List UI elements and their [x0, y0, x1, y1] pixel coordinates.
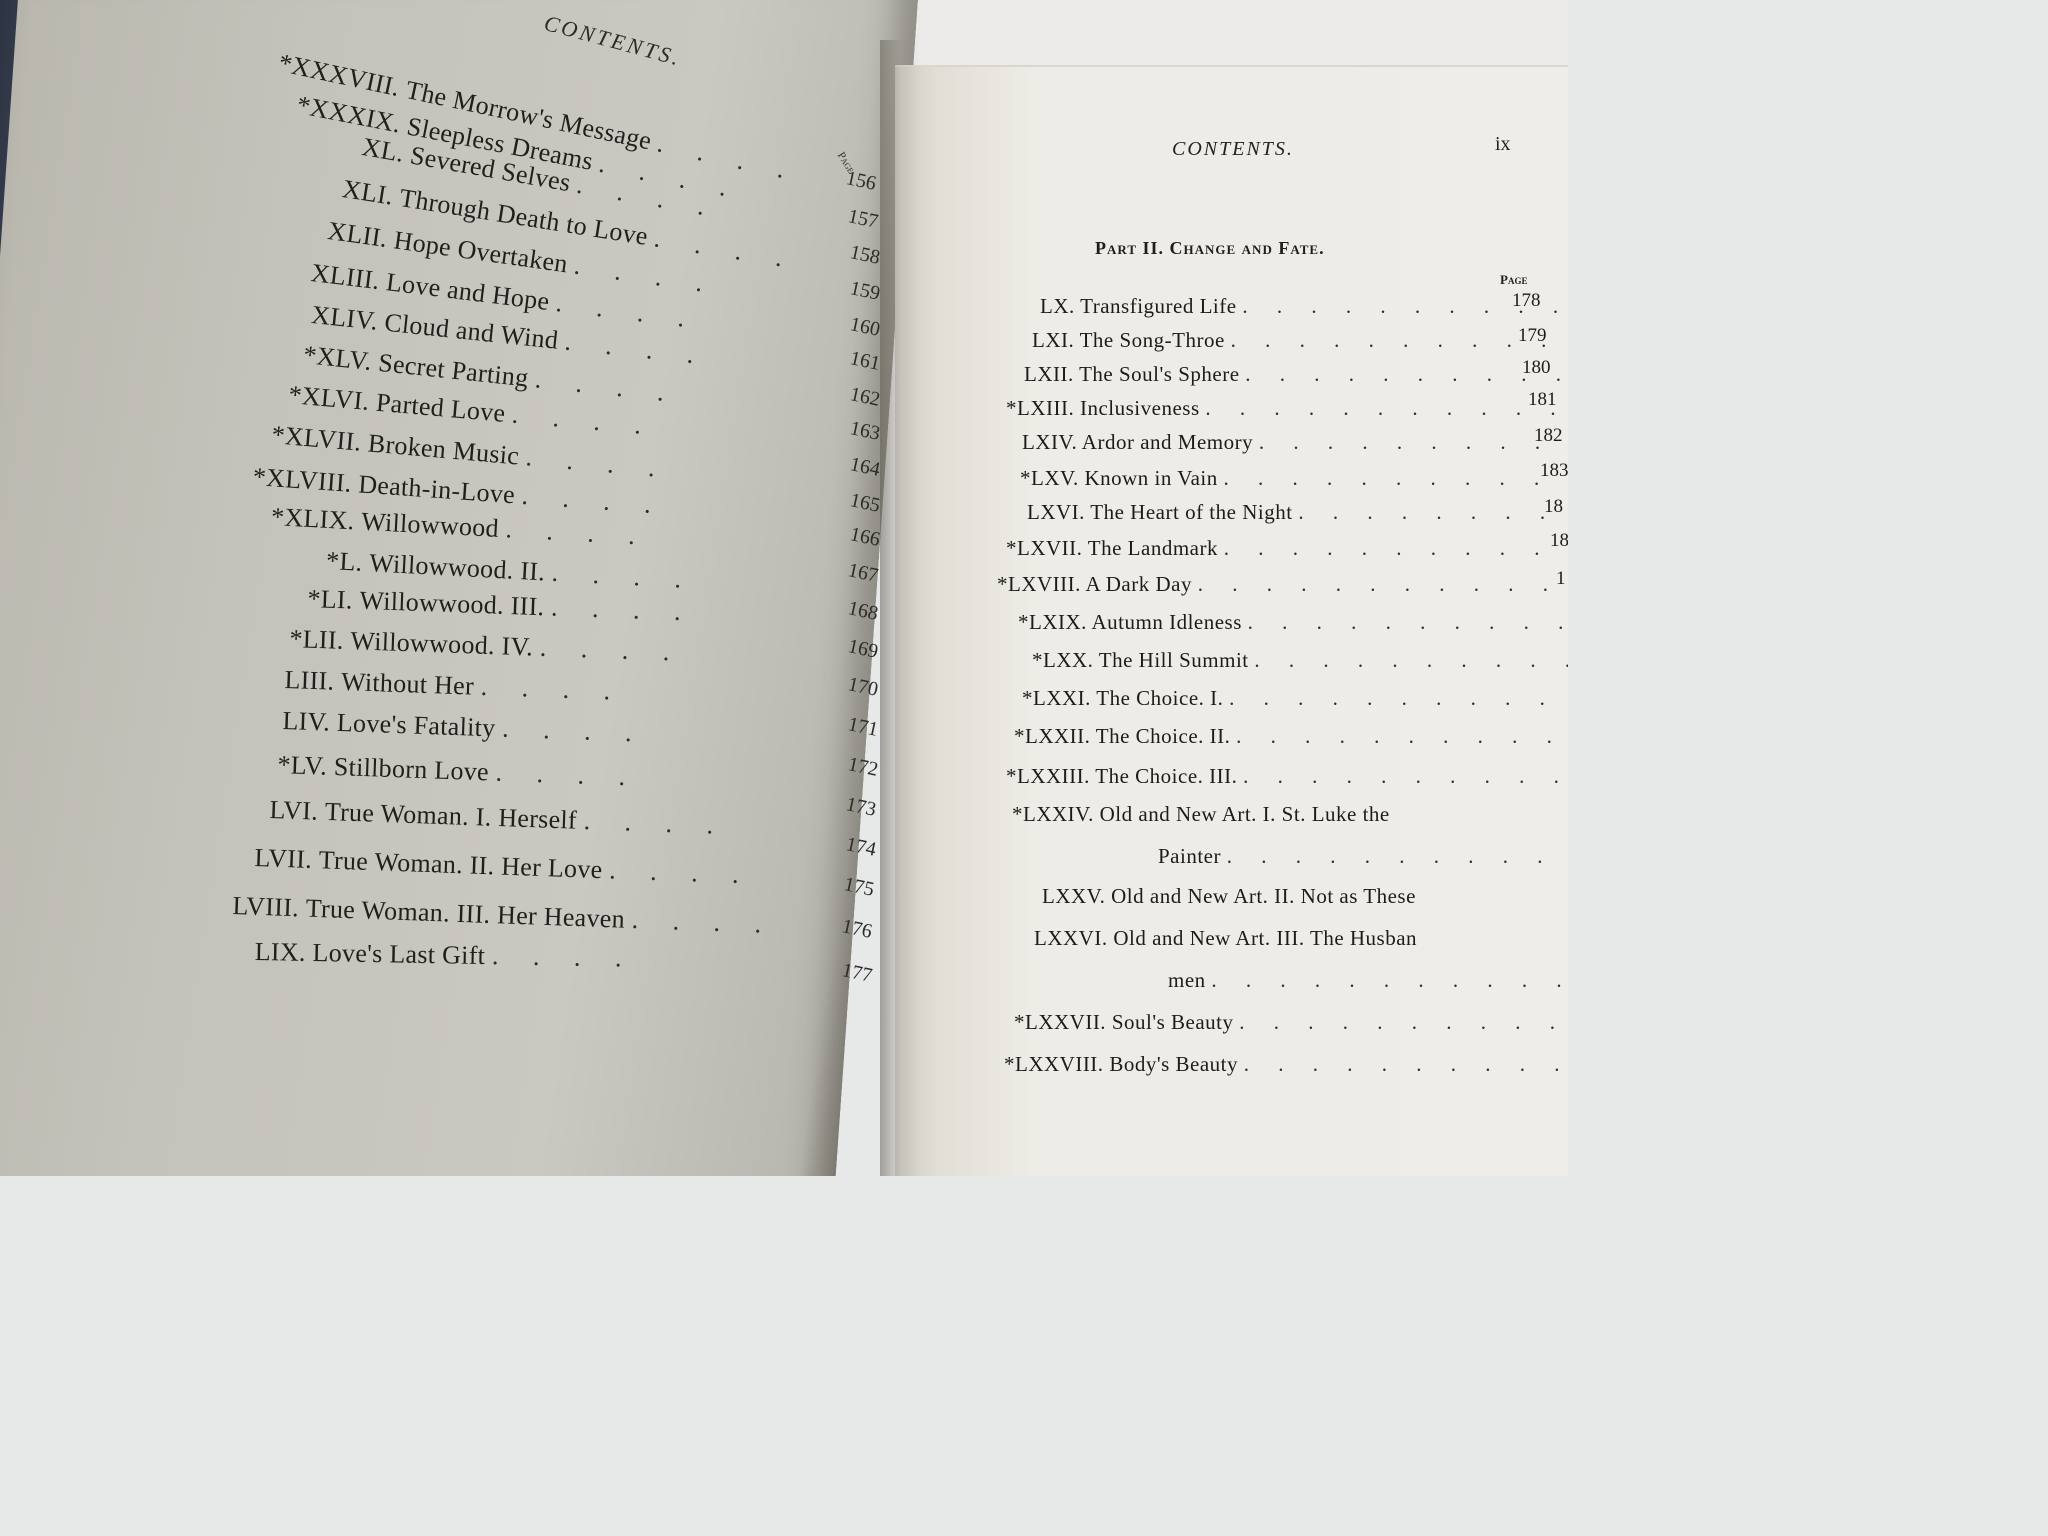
- entry-number: XLIII.: [309, 258, 388, 296]
- toc-entry: *LXXIII. The Choice. III. . . . . . . . …: [1006, 764, 1568, 789]
- toc-entry: *LXIII. Inclusiveness . . . . . . . . . …: [1006, 396, 1568, 421]
- entry-title: Old and New Art. III. The Husban: [1113, 926, 1417, 950]
- entry-title: The Landmark: [1088, 536, 1224, 560]
- entry-number: XLIV.: [310, 300, 386, 337]
- leader-dots: . . . .: [551, 593, 695, 627]
- entry-number: LXII.: [1024, 362, 1079, 386]
- toc-entry: LVIII. True Woman. III. Her Heaven . . .…: [232, 891, 776, 940]
- entry-number: *LXXVIII.: [1004, 1052, 1109, 1076]
- entry-title: Body's Beauty: [1109, 1052, 1243, 1076]
- entry-page-number: 18: [1544, 496, 1563, 518]
- entry-page-number: 181: [1528, 389, 1557, 411]
- right-page-number: ix: [1495, 133, 1511, 156]
- leader-dots: . . . . . . . . . . .: [1244, 1052, 1568, 1076]
- leader-dots: . . . . . . . . . . .: [1229, 686, 1568, 710]
- leader-dots: . . . . . . . . . . .: [1245, 362, 1568, 386]
- entry-title: Willowwood. II.: [369, 548, 553, 587]
- entry-number: LXI.: [1032, 328, 1080, 352]
- entry-title: The Heart of the Night: [1090, 500, 1298, 524]
- entry-number: LXIV.: [1022, 430, 1082, 454]
- entry-number: LVII.: [254, 843, 319, 874]
- entry-number: *XXXVIII.: [276, 48, 409, 103]
- left-running-head: CONTENTS.: [541, 10, 684, 72]
- toc-entry: LIV. Love's Fatality . . . .: [282, 706, 646, 749]
- entry-number: *LXXIV.: [1012, 802, 1100, 826]
- entry-title: The Choice. I.: [1096, 686, 1229, 710]
- entry-number: XLI.: [340, 174, 402, 212]
- entry-title: Known in Vain: [1084, 466, 1223, 490]
- leader-dots: . . . . . . . . . . .: [1198, 572, 1560, 596]
- toc-entry: *LXVII. The Landmark . . . . . . . . . .…: [1006, 536, 1568, 561]
- leader-dots: . . . .: [495, 758, 639, 792]
- entry-number: *LII.: [289, 624, 351, 655]
- toc-entry: LIII. Without Her . . . .: [284, 665, 625, 707]
- entry-number: *LXVII.: [1006, 536, 1088, 560]
- leader-dots: . . . . . . . . . . .: [1211, 968, 1568, 992]
- entry-number: *LXIII.: [1006, 396, 1080, 420]
- entry-number: LXVI.: [1027, 500, 1090, 524]
- entry-title: The Song-Throe: [1080, 328, 1231, 352]
- entry-number: LIV.: [282, 706, 337, 737]
- entry-number: *XLVII.: [270, 420, 369, 457]
- entry-page-number: 172: [846, 753, 880, 782]
- entry-page-number: 162: [848, 383, 882, 412]
- entry-title: The Choice. II.: [1096, 724, 1236, 748]
- entry-page-number: 165: [848, 489, 882, 518]
- leader-dots: . . . .: [511, 400, 656, 441]
- entry-number: *XLV.: [302, 340, 380, 377]
- toc-entry: *LXIX. Autumn Idleness . . . . . . . . .…: [1018, 610, 1568, 635]
- entry-title: Ardor and Memory: [1082, 430, 1259, 454]
- entry-title: True Woman. II. Her Love: [318, 845, 609, 884]
- toc-entry: LXI. The Song-Throe . . . . . . . . . . …: [1032, 328, 1568, 353]
- entry-page-number: 169: [846, 635, 880, 664]
- entry-number: LXXV.: [1042, 884, 1111, 908]
- toc-entry: LVI. True Woman. I. Herself . . . .: [269, 795, 728, 841]
- leader-dots: . . . .: [480, 672, 624, 706]
- entry-page-number: 18: [1550, 530, 1568, 552]
- entry-number: *LXXVII.: [1014, 1010, 1112, 1034]
- entry-page-number: 157: [846, 205, 880, 234]
- entry-page-number: 156: [844, 167, 878, 196]
- entry-number: *LXXII.: [1014, 724, 1096, 748]
- entry-number: *LV.: [277, 750, 334, 781]
- leader-dots: . . . . . . . . . . .: [1243, 764, 1568, 788]
- entry-title: Old and New Art. I. St. Luke the: [1100, 802, 1390, 826]
- entry-title: The Choice. III.: [1095, 764, 1243, 788]
- part-heading: Part II. Change and Fate.: [1095, 238, 1325, 259]
- leader-dots: . . . . . . . . . . .: [1205, 396, 1567, 420]
- leader-dots: . . . . . . . . . . .: [1227, 844, 1568, 868]
- leader-dots: . . . . . . . . . . .: [1259, 430, 1568, 454]
- toc-entry: *LV. Stillborn Love . . . .: [277, 750, 640, 793]
- entry-page-number: 175: [842, 873, 876, 902]
- toc-entry: *LXXIV. Old and New Art. I. St. Luke the: [1012, 802, 1390, 827]
- entry-title: Transfigured Life: [1080, 294, 1242, 318]
- entry-number: LIII.: [284, 665, 342, 696]
- entry-number: *XLVIII.: [252, 462, 359, 498]
- leader-dots: . . . .: [502, 714, 646, 748]
- toc-entry: *LXVIII. A Dark Day . . . . . . . . . . …: [997, 572, 1560, 597]
- entry-page-number: 176: [840, 915, 874, 944]
- entry-page-number: 173: [844, 793, 878, 822]
- toc-entry: LXII. The Soul's Sphere . . . . . . . . …: [1024, 362, 1568, 387]
- entry-number: *LXV.: [1020, 466, 1084, 490]
- toc-entry: *LXXVIII. Body's Beauty . . . . . . . . …: [1004, 1052, 1568, 1077]
- entry-number: *LXIX.: [1018, 610, 1092, 634]
- entry-number: *LXX.: [1032, 648, 1099, 672]
- entry-title: The Soul's Sphere: [1079, 362, 1245, 386]
- entry-number: LXXVI.: [1034, 926, 1113, 950]
- leader-dots: . . . .: [583, 806, 727, 840]
- entry-number: LIX.: [254, 937, 312, 967]
- entry-page-number: 168: [846, 597, 880, 626]
- toc-entry: LXXV. Old and New Art. II. Not as These: [1042, 884, 1416, 909]
- entry-title: True Woman. III. Her Heaven: [305, 894, 632, 934]
- entry-number: *XLIX.: [270, 502, 362, 536]
- entry-number: LVIII.: [232, 891, 306, 923]
- entry-page-number: 158: [848, 241, 882, 270]
- leader-dots: . . . . . . . . . . .: [1223, 466, 1568, 490]
- entry-title: Willowwood: [361, 507, 507, 544]
- entry-title: Love's Last Gift: [312, 938, 492, 970]
- entry-title: men: [1168, 968, 1211, 992]
- entry-number: *LXXIII.: [1006, 764, 1095, 788]
- leader-dots: . . . .: [525, 442, 670, 483]
- entry-page-number: 166: [848, 523, 882, 552]
- entry-page-number: 180: [1522, 357, 1551, 379]
- entry-page-number: 159: [848, 277, 882, 306]
- leader-dots: . . . . . . . . . . .: [1236, 724, 1568, 748]
- entry-title: Without Her: [341, 667, 482, 701]
- leader-dots: . . . .: [551, 558, 696, 594]
- entry-page-number: 160: [848, 313, 882, 342]
- toc-entry: Painter . . . . . . . . . . .: [1158, 844, 1568, 869]
- toc-entry: *LXXVII. Soul's Beauty . . . . . . . . .…: [1014, 1010, 1568, 1035]
- toc-entry: men . . . . . . . . . . .: [1168, 968, 1568, 993]
- entry-number: *LI.: [307, 584, 360, 615]
- entry-title: A Dark Day: [1085, 572, 1197, 596]
- toc-entry: *LXXI. The Choice. I. . . . . . . . . . …: [1022, 686, 1568, 711]
- entry-title: Parted Love: [375, 388, 513, 429]
- toc-entry: LVII. True Woman. II. Her Love . . . .: [254, 843, 753, 890]
- leader-dots: . . . . . . . . . . .: [1254, 648, 1568, 672]
- entry-number: XLII.: [326, 216, 396, 254]
- leader-dots: . . . .: [521, 481, 666, 520]
- toc-entry: *LXV. Known in Vain . . . . . . . . . . …: [1020, 466, 1568, 491]
- toc-entry: LX. Transfigured Life . . . . . . . . . …: [1040, 294, 1568, 319]
- entry-page-number: 171: [846, 713, 880, 742]
- entry-page-number: 1: [1556, 568, 1566, 590]
- entry-title: Willowwood. IV.: [350, 626, 541, 662]
- entry-title: Stillborn Love: [333, 752, 496, 787]
- entry-title: Old and New Art. II. Not as These: [1111, 884, 1416, 908]
- leader-dots: . . . . . . . . . . .: [1298, 500, 1568, 524]
- leader-dots: . . . .: [492, 941, 636, 973]
- toc-entry: LXVI. The Heart of the Night . . . . . .…: [1027, 500, 1568, 525]
- entry-title: Painter: [1158, 844, 1227, 868]
- entry-number: *LXXI.: [1022, 686, 1096, 710]
- toc-entry: LXXVI. Old and New Art. III. The Husban: [1034, 926, 1417, 951]
- entry-number: *L.: [325, 546, 370, 577]
- right-running-head: CONTENTS.: [1172, 138, 1294, 161]
- entry-title: Soul's Beauty: [1112, 1010, 1239, 1034]
- leader-dots: . . . . . . . . . . .: [1248, 610, 1568, 634]
- toc-entry: *LII. Willowwood. IV. . . . .: [289, 624, 684, 668]
- entry-title: Willowwood. III.: [359, 586, 552, 622]
- entry-title: The Hill Summit: [1099, 648, 1255, 672]
- toc-entry: LXIV. Ardor and Memory . . . . . . . . .…: [1022, 430, 1568, 455]
- entry-title: Love's Fatality: [336, 708, 502, 743]
- entry-page-number: 178: [1512, 290, 1541, 312]
- entry-page-number: 183: [1540, 460, 1568, 482]
- entry-title: Broken Music: [367, 428, 527, 471]
- entry-page-number: 163: [848, 417, 882, 446]
- entry-page-number: 177: [840, 959, 874, 988]
- entry-title: Death-in-Love: [357, 469, 522, 509]
- entry-number: *XLVI.: [287, 380, 377, 417]
- entry-number: LVI.: [269, 795, 325, 826]
- entry-page-number: 161: [848, 347, 882, 376]
- leader-dots: . . . . . . . . . . .: [1239, 1010, 1568, 1034]
- entry-title: Autumn Idleness: [1092, 610, 1248, 634]
- entry-title: Secret Parting: [377, 348, 537, 393]
- leader-dots: . . . .: [539, 633, 683, 667]
- leader-dots: . . . . . . . . . . .: [1224, 536, 1568, 560]
- leader-dots: . . . .: [534, 364, 680, 408]
- entry-title: Inclusiveness: [1080, 396, 1205, 420]
- entry-number: *LXVIII.: [997, 572, 1085, 596]
- entry-page-number: 164: [848, 453, 882, 482]
- entry-number: LX.: [1040, 294, 1080, 318]
- leader-dots: . . . .: [505, 514, 650, 550]
- toc-entry: LIX. Love's Last Gift . . . .: [254, 937, 635, 974]
- entry-page-number: 182: [1534, 425, 1563, 447]
- toc-entry: *LXXII. The Choice. II. . . . . . . . . …: [1014, 724, 1568, 749]
- toc-entry: *LXX. The Hill Summit . . . . . . . . . …: [1032, 648, 1568, 673]
- entry-title: True Woman. I. Herself: [324, 797, 584, 835]
- entry-page-number: 179: [1518, 325, 1547, 347]
- entry-page-number: 170: [846, 673, 880, 702]
- right-page-label: Page: [1500, 272, 1527, 288]
- entry-page-number: 167: [846, 559, 880, 588]
- leader-dots: . . . .: [631, 905, 775, 939]
- leader-dots: . . . .: [609, 855, 753, 889]
- entry-page-number: 174: [844, 833, 878, 862]
